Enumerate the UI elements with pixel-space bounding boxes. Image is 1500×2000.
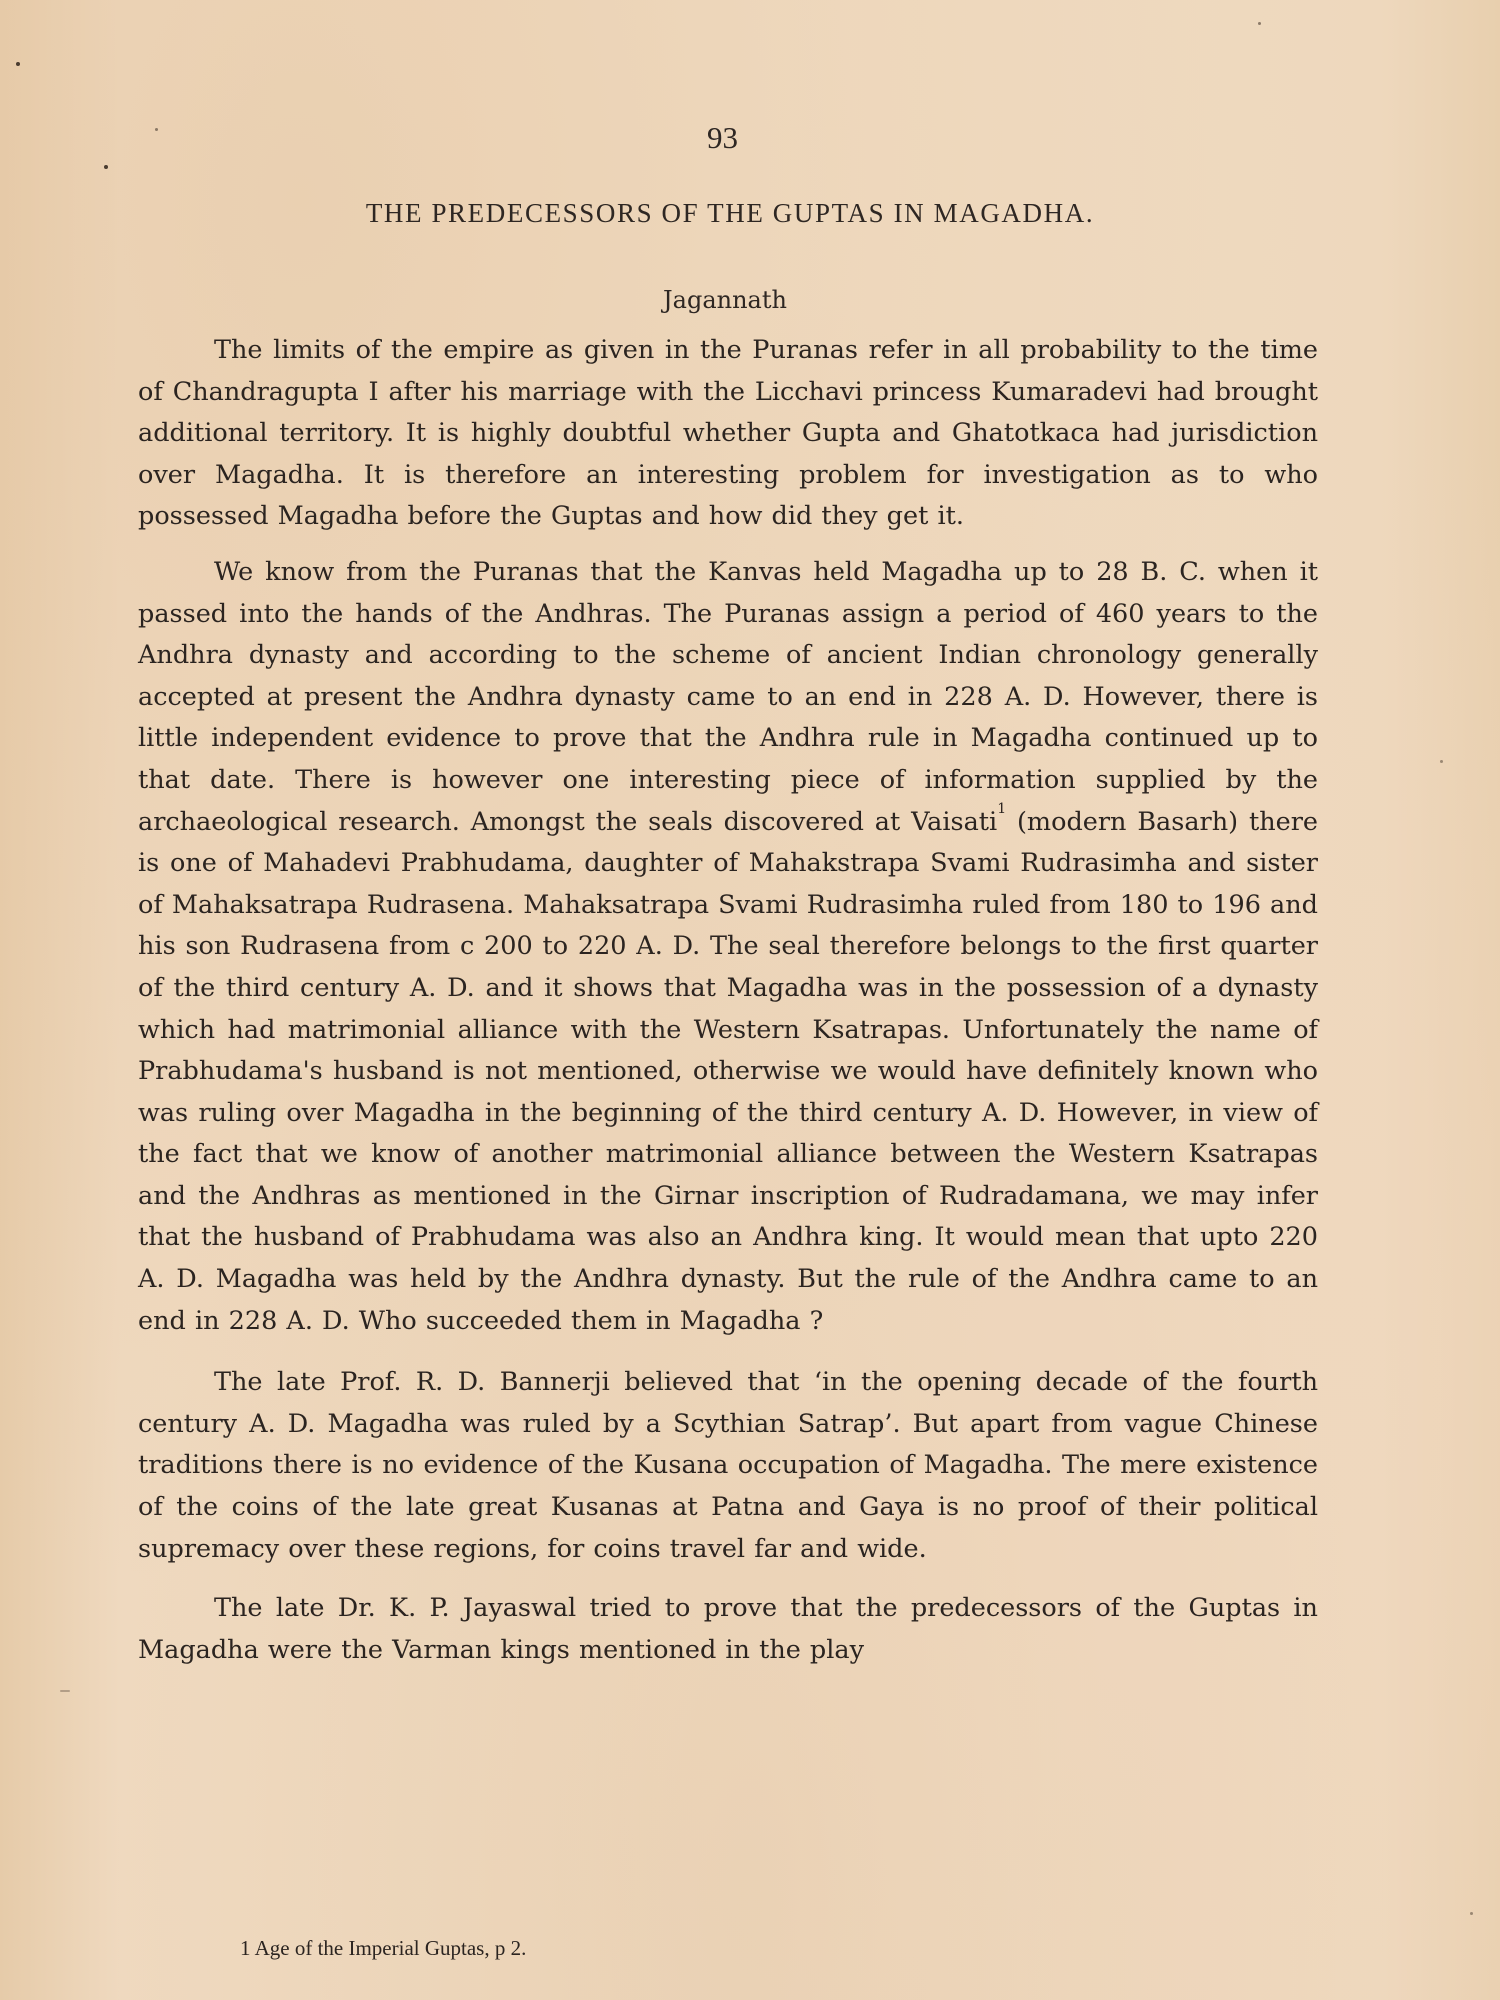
paper-speck [104, 165, 108, 169]
paragraph-2: We know from the Puranas that the Kanvas… [138, 552, 1318, 1342]
paragraph-2-text-a: We know from the Puranas that the Kanvas… [138, 557, 1318, 837]
paper-speck [1440, 760, 1443, 763]
paper-speck [16, 62, 20, 66]
paragraph-4: The late Dr. K. P. Jayaswal tried to pro… [138, 1588, 1318, 1671]
paragraph-1: The limits of the empire as given in the… [138, 330, 1318, 538]
paper-speck [1258, 22, 1261, 25]
author-name: Jagannath [0, 286, 1450, 314]
paragraph-2-text-b: (modern Basarh) there is one of Mahadevi… [138, 807, 1318, 1336]
paragraph-3: The late Prof. R. D. Bannerji believed t… [138, 1362, 1318, 1570]
book-page: 93 THE PREDECESSORS OF THE GUPTAS IN MAG… [0, 0, 1500, 2000]
chapter-title: THE PREDECESSORS OF THE GUPTAS IN MAGADH… [0, 198, 1460, 229]
footnote: 1 Age of the Imperial Guptas, p 2. [240, 1936, 526, 1961]
paper-speck [1470, 1912, 1473, 1915]
page-number: 93 [0, 120, 1445, 156]
article-body: The limits of the empire as given in the… [138, 330, 1318, 1671]
footnote-reference: 1 [997, 801, 1006, 817]
paper-speck [60, 1690, 70, 1692]
